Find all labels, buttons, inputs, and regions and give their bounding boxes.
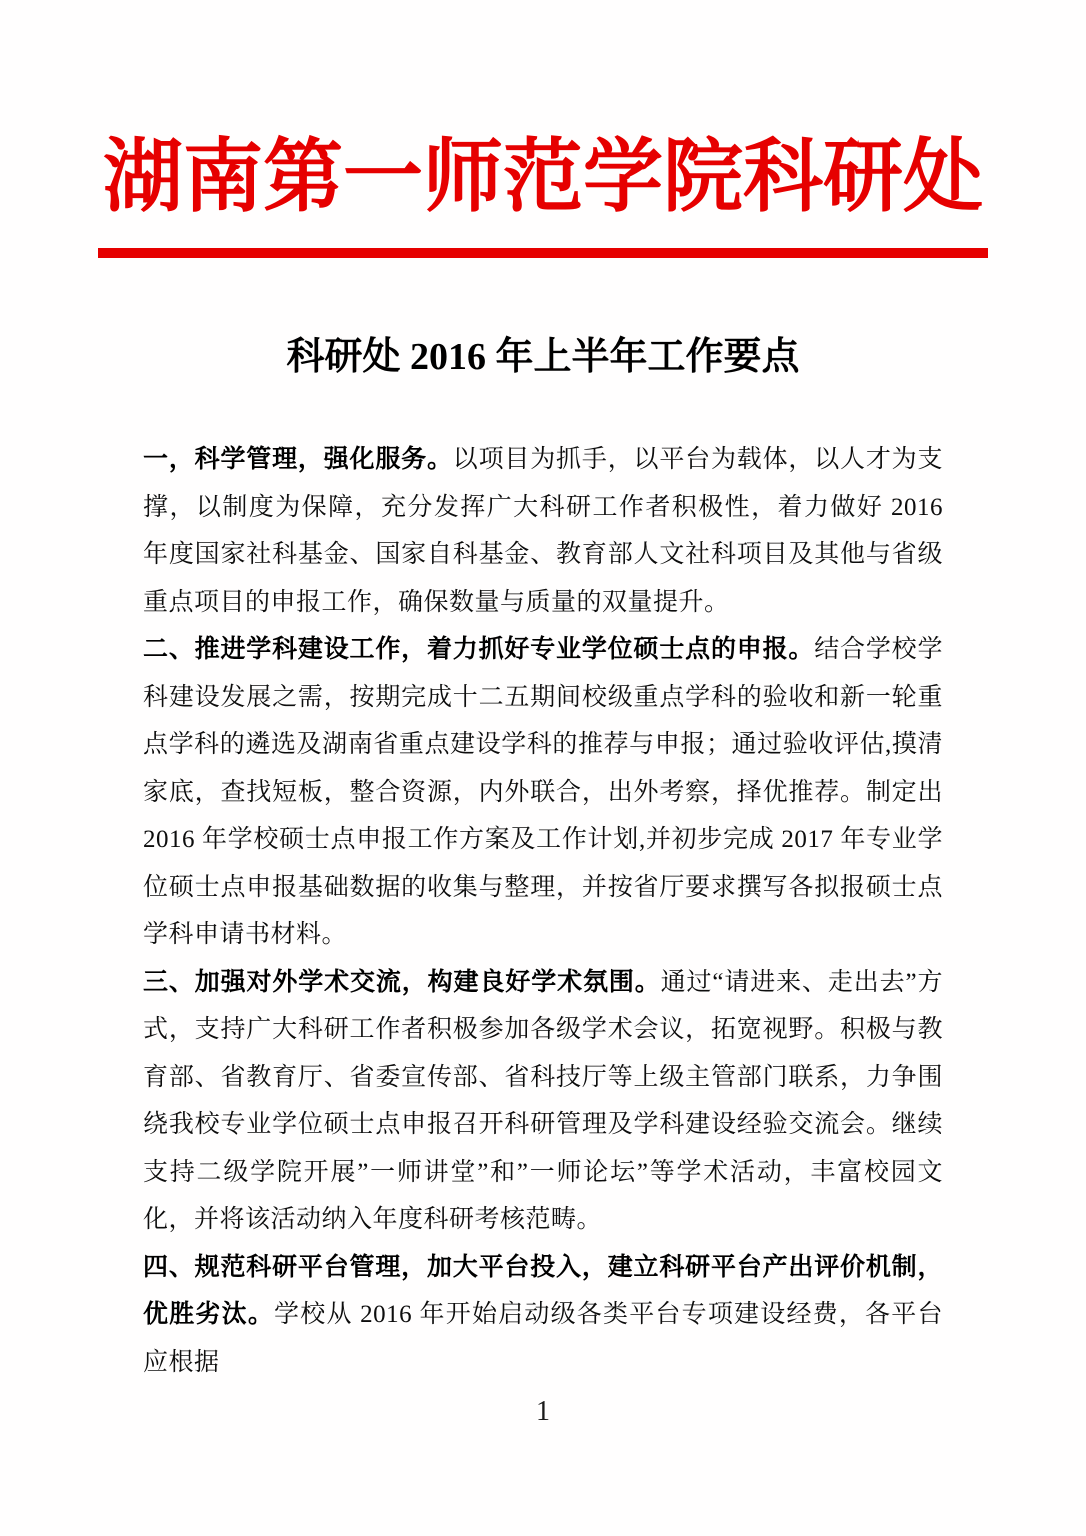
paragraph-text: 通过“请进来、走出去”方式，支持广大科研工作者积极参加各级学术会议，拓宽视野。积… — [143, 969, 943, 1234]
paragraph-lead: 一，科学管理，强化服务。 — [143, 446, 453, 473]
paragraph-lead: 三、加强对外学术交流，构建良好学术氛围。 — [143, 969, 661, 996]
letterhead-title: 湖南第一师范学院科研处 — [0, 0, 1086, 218]
document-body: 一，科学管理，强化服务。以项目为抓手，以平台为载体，以人才为支撑，以制度为保障，… — [143, 436, 943, 1386]
paragraph: 三、加强对外学术交流，构建良好学术氛围。通过“请进来、走出去”方式，支持广大科研… — [143, 959, 943, 1244]
letterhead-rule — [98, 248, 988, 258]
paragraph-lead: 二、推进学科建设工作，着力抓好专业学位硕士点的申报。 — [143, 636, 814, 663]
letterhead: 湖南第一师范学院科研处 — [0, 0, 1086, 258]
paragraph: 一，科学管理，强化服务。以项目为抓手，以平台为载体，以人才为支撑，以制度为保障，… — [143, 436, 943, 626]
paragraph-text: 结合学校学科建设发展之需，按期完成十二五期间校级重点学科的验收和新一轮重点学科的… — [143, 636, 943, 948]
document-title: 科研处 2016 年上半年工作要点 — [0, 338, 1086, 376]
page-number: 1 — [0, 1396, 1086, 1428]
document-page: 湖南第一师范学院科研处 科研处 2016 年上半年工作要点 一，科学管理，强化服… — [0, 0, 1086, 1536]
paragraph: 四、规范科研平台管理，加大平台投入，建立科研平台产出评价机制，优胜劣汰。学校从 … — [143, 1244, 943, 1387]
paragraph: 二、推进学科建设工作，着力抓好专业学位硕士点的申报。结合学校学科建设发展之需，按… — [143, 626, 943, 959]
